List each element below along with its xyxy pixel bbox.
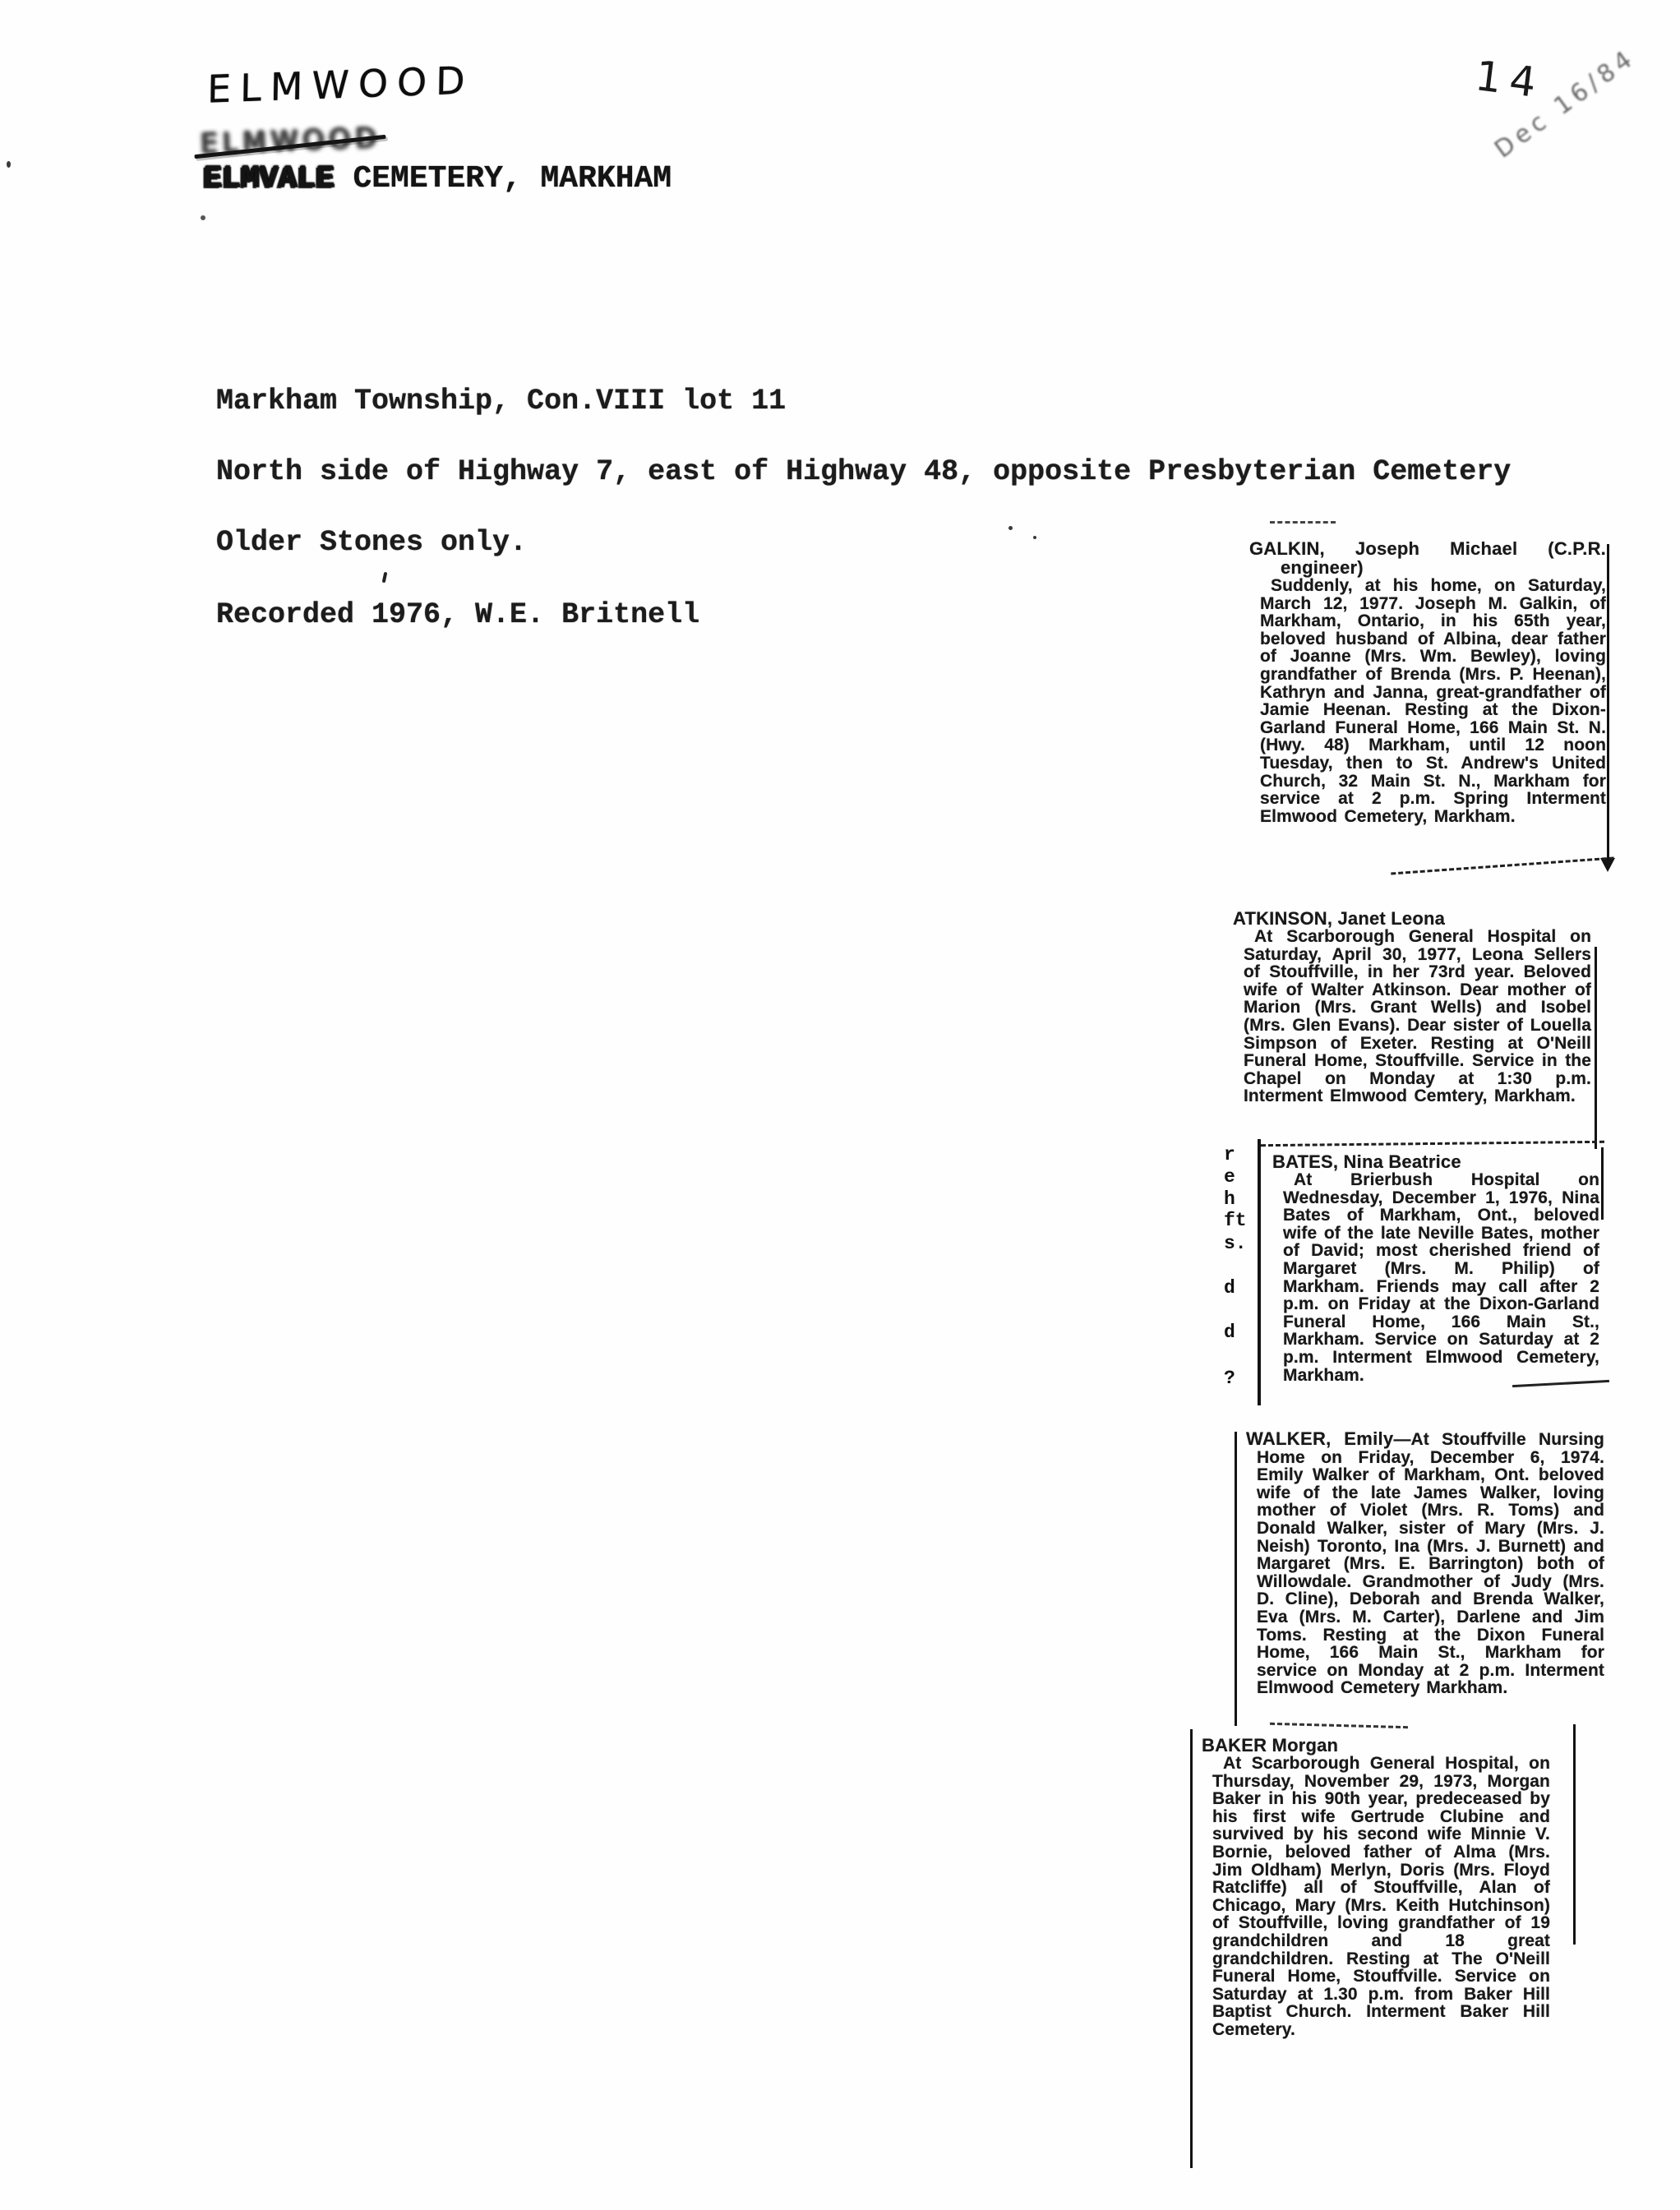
heading-overstruck-word: ELMVALE <box>203 161 335 196</box>
clipping-edge-line <box>1573 1724 1576 1945</box>
obituary-body: At Brierbush Hospital on Wednesday, Dece… <box>1272 1171 1599 1384</box>
obituary-name: WALKER, Emily <box>1246 1428 1393 1449</box>
ink-speck <box>201 215 205 220</box>
margin-fragment: h <box>1224 1188 1235 1210</box>
ink-speck <box>1033 536 1036 539</box>
obituary-body: At Scarborough General Hospital on Satur… <box>1233 928 1591 1105</box>
obituary-clipping-bates: BATES, Nina Beatrice At Brierbush Hospit… <box>1272 1152 1599 1384</box>
ink-speck <box>7 161 11 168</box>
obituary-body: WALKER, Emily—At Stouffville Nursing Hom… <box>1246 1430 1604 1697</box>
obituary-body: Suddenly, at his home, on Saturday, Marc… <box>1249 577 1606 825</box>
cemetery-heading: ELMVALE CEMETERY, MARKHAM <box>203 161 672 196</box>
obituary-clipping-baker: BAKER Morgan At Scarborough General Hosp… <box>1202 1736 1550 2039</box>
typed-line-recorded: Recorded 1976, W.E. Britnell <box>216 598 699 631</box>
obituary-name-dash: — <box>1393 1430 1410 1449</box>
obituary-clipping-atkinson: ATKINSON, Janet Leona At Scarborough Gen… <box>1233 909 1591 1105</box>
obituary-body: At Scarborough General Hospital, on Thur… <box>1202 1755 1550 2039</box>
crossed-out-text-block: ELMWOOD <box>201 123 414 166</box>
clipping-edge-line <box>1235 1432 1237 1726</box>
typed-line-older-stones: Older Stones only. <box>216 526 527 559</box>
obituary-name: GALKIN, Joseph Michael (C.P.R. engineer) <box>1249 539 1606 577</box>
clipping-edge-line <box>1595 947 1597 1149</box>
margin-text-fragments: r e h ft s. d d ? <box>1224 1144 1253 1415</box>
heading-rest: CEMETERY, MARKHAM <box>335 161 672 196</box>
obituary-name: BAKER Morgan <box>1202 1736 1550 1755</box>
scanned-cemetery-record-page: ELMWOOD ELMWOOD ELMVALE CEMETERY, MARKHA… <box>0 0 1680 2210</box>
margin-fragment: r <box>1224 1144 1235 1165</box>
typed-line-township: Markham Township, Con.VIII lot 11 <box>216 385 786 418</box>
margin-fragment: ft <box>1224 1210 1247 1231</box>
arrow-down-mark <box>1600 858 1615 872</box>
obituary-clipping-galkin: GALKIN, Joseph Michael (C.P.R. engineer)… <box>1249 539 1606 825</box>
clipping-edge-line <box>1258 1139 1261 1405</box>
handwritten-page-number: 14 <box>1473 52 1547 108</box>
obituary-clipping-walker: WALKER, Emily—At Stouffville Nursing Hom… <box>1246 1430 1604 1697</box>
margin-fragment: s. <box>1224 1233 1247 1254</box>
clipping-torn-edge <box>1261 1141 1604 1147</box>
clipping-torn-edge <box>1270 1723 1408 1728</box>
clipping-torn-edge <box>1391 857 1614 875</box>
margin-fragment: d <box>1224 1277 1235 1299</box>
ink-speck <box>382 572 388 584</box>
margin-fragment: ? <box>1224 1368 1235 1389</box>
margin-fragment: e <box>1224 1166 1235 1188</box>
obituary-body-text: At Stouffville Nursing Home on Friday, D… <box>1257 1430 1604 1697</box>
obituary-name: BATES, Nina Beatrice <box>1272 1152 1599 1171</box>
obituary-name: ATKINSON, Janet Leona <box>1233 909 1591 928</box>
clipping-edge-line <box>1190 1729 1193 2168</box>
clipping-edge-line <box>1607 544 1609 861</box>
clipping-torn-edge <box>1270 521 1336 524</box>
handwritten-cemetery-name: ELMWOOD <box>207 58 474 111</box>
typed-line-location: North side of Highway 7, east of Highway… <box>216 455 1511 488</box>
clipping-edge-line <box>1601 1147 1604 1220</box>
margin-fragment: d <box>1224 1322 1235 1343</box>
ink-speck <box>1008 526 1013 530</box>
